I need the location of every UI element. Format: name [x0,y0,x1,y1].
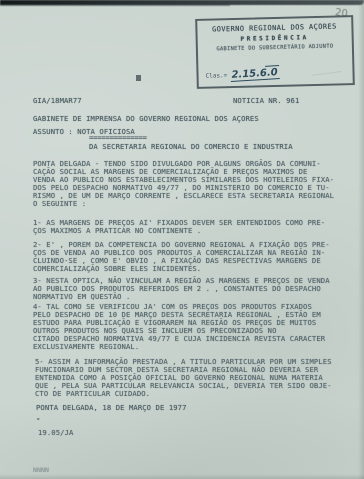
classification-label: Clas.= [205,72,227,80]
body-paragraph-1: 1- AS MARGENS DE PREÇOS AI' FIXADOS DEVE… [33,219,338,235]
stray-ink-mark [136,75,141,81]
stamp-dept-line: PRESIDÊNCIA [198,33,352,44]
notice-number: NOTICIA NR. 961 [233,97,299,105]
official-rubber-stamp: GOVERNO REGIONAL DOS AÇORES PRESIDÊNCIA … [195,15,355,89]
page-right-edge-shadow [358,0,364,479]
stamp-office-line: GABINETE DO SUBSECRETÁRIO ADJUNTO [198,43,352,53]
subject-underline-rule: ============== [89,134,147,142]
page-bottom-edge-shadow [0,474,364,479]
subject-source-line: DA SECRETARIA REGIONAL DO COMERCIO E IND… [89,143,293,151]
classification-overline [265,65,279,67]
body-paragraph-5: 5- ASSIM A INFORMAÇÃO PRESTADA , A TITUL… [35,358,340,398]
body-paragraph-3: 3- NESTA OPTICA, NÃO VINCULAM A REGIÃO A… [33,277,338,301]
body-paragraph-2: 2- E' , POREM DA COMPETENCIA DO GOVERNO … [33,241,338,273]
scanned-document-page: 20 GOVERNO REGIONAL DOS AÇORES PRESIDÊNC… [0,0,364,479]
scan-top-edge-shadow [0,4,230,6]
separator-dash: - [36,415,40,423]
document-reference: GIA/18MAR77 [33,97,82,105]
dateline: PONTA DELGADA, 18 DE MARÇO DE 1977 [36,404,187,412]
body-paragraph-4: 4- TAL COMO SE VERIFICOU JA' COM OS PREÇ… [33,303,338,351]
stamp-org-line: GOVERNO REGIONAL DOS AÇORES [197,22,351,34]
telex-end-mark: NNNN [33,466,49,474]
handwritten-classification-number: 2.15.6.0 [230,67,280,82]
press-bureau-line: GABINETE DE IMPRENSA DO GOVERNO REGIONAL… [33,115,259,123]
stamp-classification-row: Clas.= 2.15.6.0 [205,68,279,82]
time-code: 19.05/JA [38,429,73,437]
faint-handwriting-mark [311,61,343,76]
body-paragraph-intro: PONTA DELGADA - TENDO SIDO DIVULGADO POR… [33,160,338,208]
